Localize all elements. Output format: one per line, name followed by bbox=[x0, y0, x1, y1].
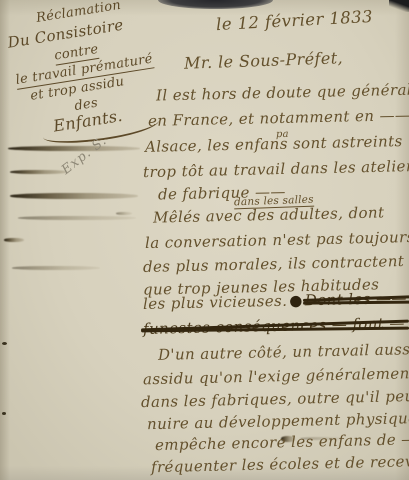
ink-speck bbox=[2, 342, 7, 345]
ink-smudge bbox=[12, 266, 100, 270]
body-line: funestes conséquences — font — bbox=[143, 315, 405, 338]
body-line: D'un autre côté, un travail aussi bbox=[158, 341, 409, 364]
ink-smudge bbox=[4, 238, 24, 242]
body-line: nuire au développement physique , bbox=[147, 410, 409, 433]
body-line: Mêlés avec des adultes, dont bbox=[153, 204, 385, 226]
ink-smudge bbox=[8, 146, 140, 151]
salutation: Mr. le Sous-Préfet, bbox=[184, 49, 344, 72]
body-line: fréquenter les écoles et de recevoir bbox=[151, 453, 409, 476]
ink-smudge bbox=[10, 170, 68, 174]
ink-speck bbox=[2, 412, 6, 415]
strikethrough-text: Dont les —— bbox=[305, 289, 407, 309]
margin-note: Réclamation Du Consistoire contre le tra… bbox=[0, 0, 176, 161]
body-line: empêche encore les enfans de —— bbox=[155, 431, 409, 454]
torn-edge-top bbox=[158, 0, 273, 9]
ink-smudge bbox=[116, 212, 132, 215]
ink-smudge bbox=[10, 193, 138, 199]
body-line: les plus vicieuses.●Dont les —— bbox=[143, 290, 407, 313]
corner-shadow-top-right bbox=[389, 0, 409, 12]
body-line: assidu qu'on l'exige généralement — bbox=[143, 365, 409, 389]
ink-smudge bbox=[18, 216, 136, 220]
body-line: Alsace, les enfans sont astreints bbox=[145, 133, 403, 156]
strikethrough-text: funestes conséquences — font — bbox=[143, 314, 405, 338]
body-line: dans les fabriques, outre qu'il peut bbox=[141, 388, 409, 411]
body-text: les plus vicieuses. bbox=[143, 292, 288, 313]
date-line: le 12 février 1833 bbox=[216, 8, 374, 33]
body-line: des plus morales, ils contractent bbox=[143, 253, 405, 276]
body-line: Il est hors de doute que généralement bbox=[156, 81, 409, 105]
body-line: la conversation n'est pas toujours bbox=[145, 229, 409, 252]
body-line: trop tôt au travail dans les ateliers bbox=[143, 158, 409, 181]
manuscript-page: Réclamation Du Consistoire contre le tra… bbox=[0, 0, 409, 480]
